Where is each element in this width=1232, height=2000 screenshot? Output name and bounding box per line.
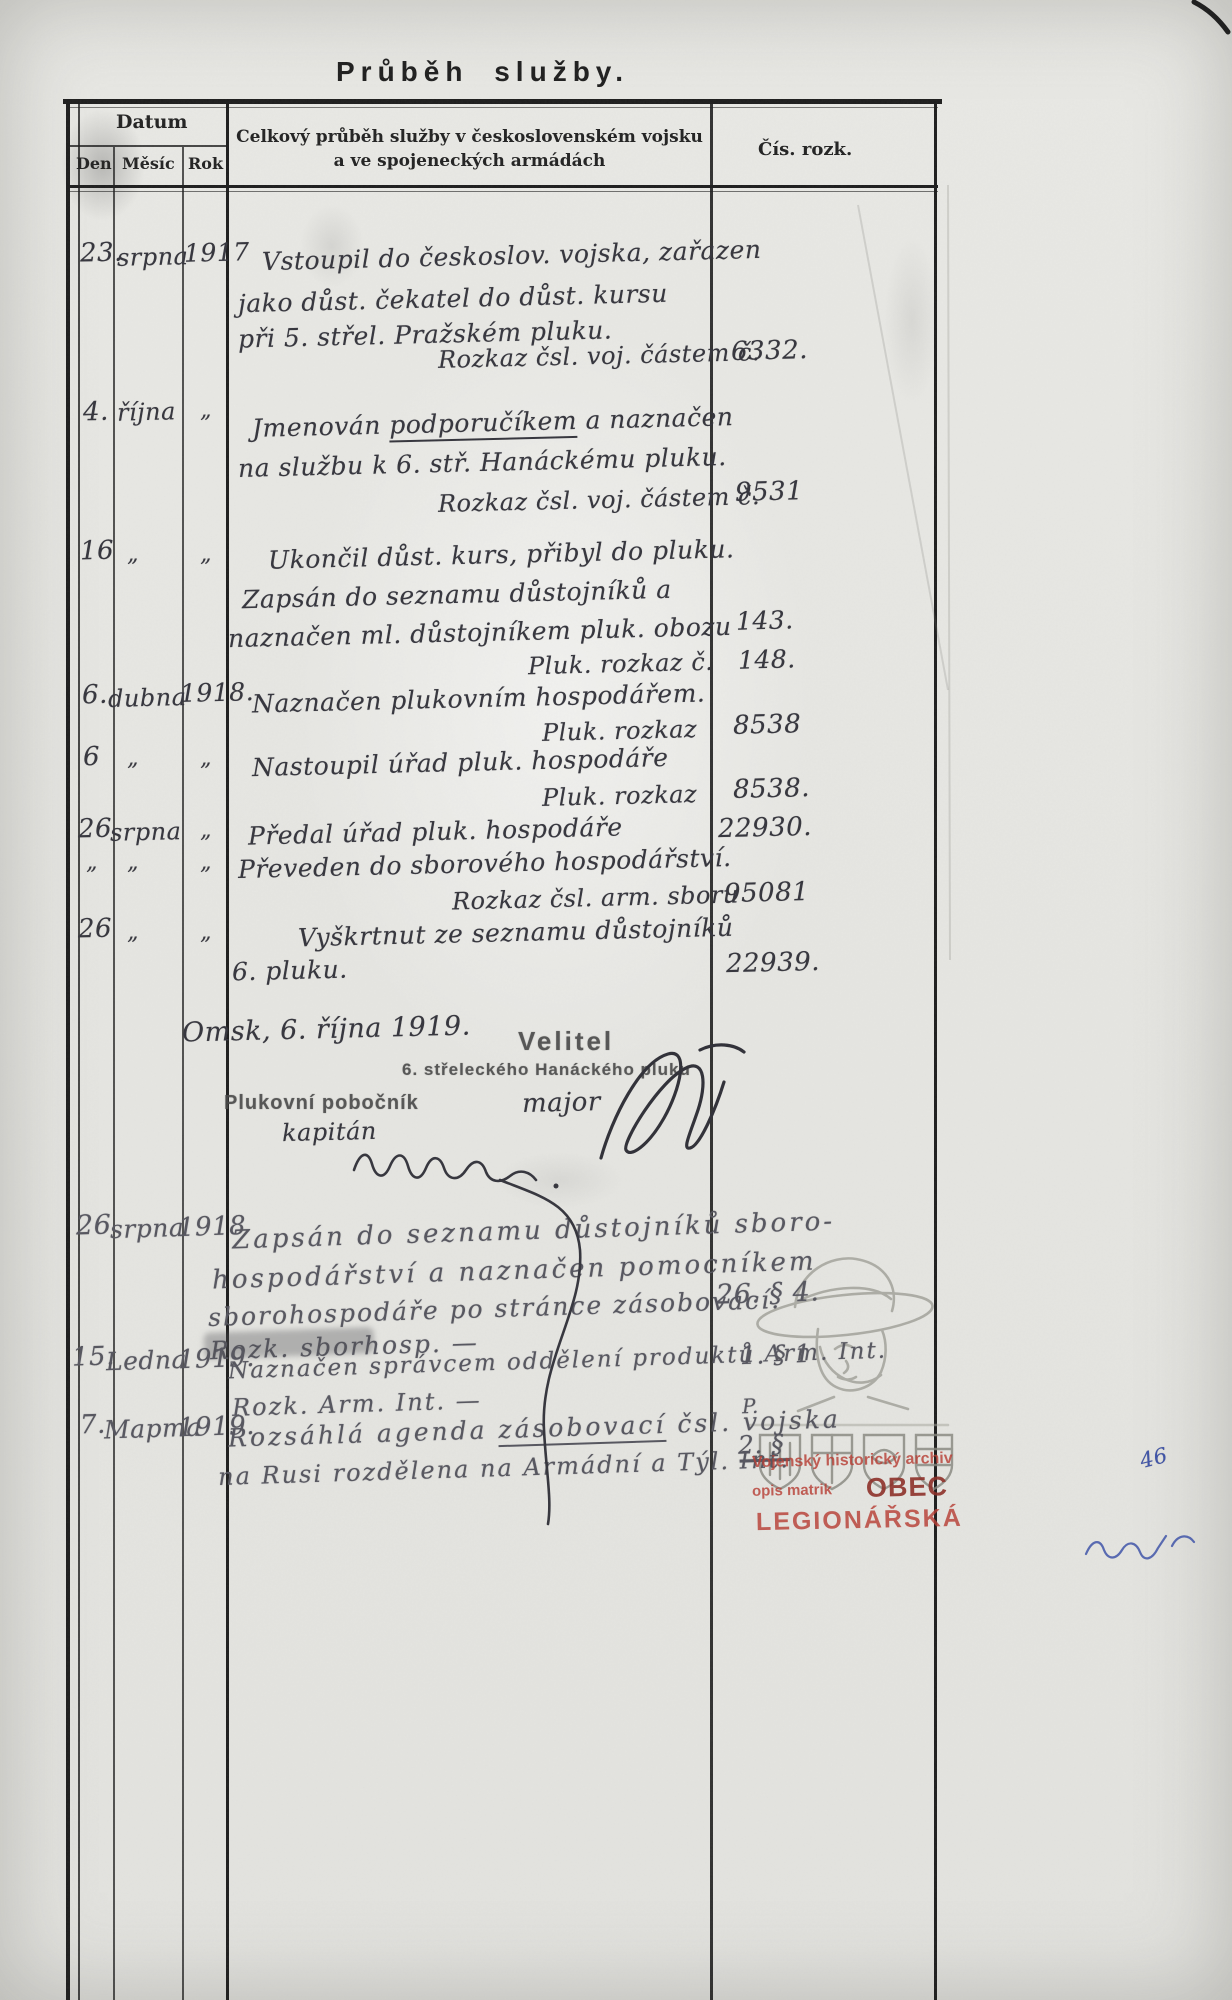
header-bottom-rule-thin — [66, 191, 938, 192]
page-title: Průběh služby. — [336, 56, 629, 88]
e7-day-ditto: „ — [86, 850, 99, 875]
e3-ref: Pluk. rozkaz č. — [528, 648, 714, 681]
e5-ref: Pluk. rozkaz — [542, 780, 698, 812]
e9-day: 26 — [76, 1209, 112, 1241]
table-frame: Datum Den Měsíc Rok Celkový průběh služb… — [66, 99, 938, 2000]
rank-kapitan: kapitán — [282, 1117, 377, 1147]
datum-underline — [70, 145, 227, 147]
e1-year: 1917 — [184, 237, 250, 268]
e7-number: 95081 — [724, 877, 810, 909]
archive-stamp-obec: OBEC — [866, 1471, 949, 1504]
e8-month-ditto: „ — [127, 920, 140, 945]
e9-month: srpna — [110, 1213, 185, 1244]
e6-number: 22930. — [718, 812, 813, 844]
e5-number: 8538. — [733, 773, 811, 805]
e3-year-ditto: „ — [200, 542, 213, 567]
e2-month: října — [117, 397, 177, 426]
e5-month-ditto: „ — [127, 746, 140, 771]
e11-day: 7. — [80, 1410, 107, 1441]
e4-number: 8538 — [733, 709, 802, 741]
e11-number-p: P. — [742, 1394, 760, 1419]
header-main-line1: Celkový průběh služby v československém … — [229, 127, 710, 147]
archive-stamp-legionarska: LEGIONÁŘSKÁ — [756, 1504, 963, 1537]
header-mesic: Měsíc — [122, 154, 175, 173]
header-den: Den — [76, 154, 112, 173]
e1-month: srpna — [117, 242, 189, 272]
table-top-rule-thin — [66, 107, 938, 108]
e3-number1: 143. — [736, 605, 794, 635]
e3-month-ditto: „ — [127, 542, 140, 567]
e1-number: 6332. — [731, 335, 809, 367]
column-line-main-cis — [710, 99, 713, 2000]
archive-stamp-line2: opis matrik — [752, 1481, 832, 1500]
blue-margin-number: 46 — [1138, 1443, 1171, 1473]
table-left-border-inner — [78, 99, 80, 2000]
e4-day: 6. — [82, 680, 109, 711]
stamp-velitel: Velitel — [518, 1026, 614, 1057]
e6-month: srpna — [110, 817, 182, 847]
corner-pen-stroke — [1194, 2, 1228, 32]
e3-day: 16 — [80, 536, 115, 567]
e2-line1a: Jmenován — [252, 411, 390, 443]
e8-line2: 6. pluku. — [232, 955, 348, 987]
e4-month: dubna — [108, 683, 187, 713]
e2-line1c: a naznačen — [577, 402, 734, 435]
table-right-border — [934, 99, 937, 2000]
stamp-adjutant: Plukovní pobočník — [224, 1092, 419, 1115]
blue-ink-scribble — [1086, 1536, 1194, 1558]
e2-year-ditto: „ — [200, 398, 213, 423]
header-rok: Rok — [188, 154, 223, 173]
e10-month: Ledna — [106, 1345, 188, 1377]
stamp-regiment: 6. střeleckého Hanáckého pluku — [402, 1060, 691, 1080]
column-line-den-mesic — [113, 147, 115, 2000]
header-datum: Datum — [116, 111, 187, 133]
e10-number: 1. § 1 — [740, 1339, 812, 1370]
table-top-rule — [63, 99, 942, 104]
e5-year-ditto: „ — [200, 746, 213, 771]
column-line-date-main — [226, 99, 229, 2000]
paper-crease-vertical — [948, 185, 950, 960]
e6-day: 26 — [78, 814, 113, 845]
column-line-mesic-rok — [182, 147, 184, 2000]
e5-day: 6 — [83, 742, 101, 772]
e8-number: 22939. — [726, 947, 821, 979]
e8-year-ditto: „ — [200, 920, 213, 945]
e6-year-ditto: „ — [200, 818, 213, 843]
e2-number: 9531 — [735, 476, 804, 508]
rank-major: major — [522, 1087, 602, 1119]
table-left-border — [66, 99, 70, 2000]
e7-year-ditto: „ — [200, 850, 213, 875]
e8-day: 26 — [78, 914, 113, 945]
e7-month-ditto: „ — [127, 850, 140, 875]
e2-line1b-underlined: podporučíkem — [389, 406, 578, 443]
e4-ref: Pluk. rozkaz — [542, 715, 698, 747]
e3-number2: 148. — [738, 644, 796, 674]
header-bottom-rule — [66, 185, 938, 188]
header-cis-rozk: Čís. rozk. — [758, 139, 852, 160]
scanned-service-record-page: Průběh služby. Datum Den Měsíc Rok Celko… — [0, 0, 1232, 2000]
e2-day: 4. — [83, 397, 110, 428]
header-main-line2: a ve spojeneckých armádách — [229, 151, 710, 171]
e11-line1b-underlined: zásobovací — [498, 1410, 667, 1447]
e4-year: 1918. — [180, 677, 255, 708]
e9-number: 26. § 4. — [716, 1276, 820, 1310]
